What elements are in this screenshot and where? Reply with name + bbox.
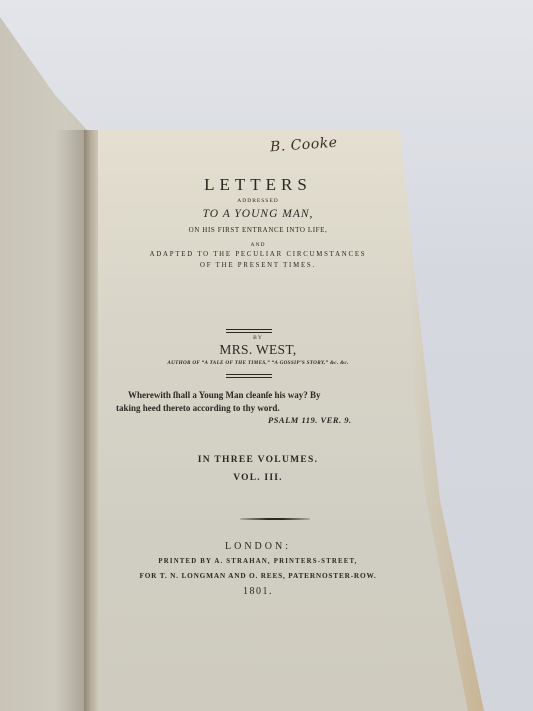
author-name: MRS. WEST, bbox=[88, 342, 428, 358]
subtitle-entrance: ON HIS FIRST ENTRANCE INTO LIFE, bbox=[88, 226, 428, 234]
ornamental-rule bbox=[240, 518, 310, 520]
imprint-printer: PRINTED BY A. STRAHAN, PRINTERS-STREET, bbox=[88, 558, 428, 565]
subtitle-adapted-line1: ADAPTED TO THE PECULIAR CIRCUMSTANCES bbox=[88, 251, 428, 258]
by-text: BY bbox=[88, 335, 428, 341]
owner-signature: B. Cooke bbox=[270, 135, 338, 156]
epigraph-citation: PSALM 119. VER. 9. bbox=[268, 415, 352, 425]
title-page: B. Cooke LETTERS ADDRESSED TO A YOUNG MA… bbox=[88, 130, 428, 711]
addressed-text: ADDRESSED bbox=[88, 198, 428, 204]
book-title: LETTERS bbox=[88, 175, 428, 195]
imprint-year: 1801. bbox=[88, 586, 428, 597]
recipient-line: TO A YOUNG MAN, bbox=[88, 208, 428, 220]
imprint-publisher: FOR T. N. LONGMAN AND O. REES, PATERNOST… bbox=[88, 571, 428, 580]
and-text: AND bbox=[88, 242, 428, 248]
double-rule-divider bbox=[226, 374, 272, 378]
epigraph-line2: taking heed thereto according to thy wor… bbox=[116, 403, 416, 413]
author-other-works: AUTHOR OF “A TALE OF THE TIMES,” “A GOSS… bbox=[88, 360, 428, 366]
volume-number: VOL. III. bbox=[88, 473, 428, 483]
imprint-place: LONDON: bbox=[88, 541, 428, 552]
epigraph-line1: Wherewith ſhall a Young Man cleanſe his … bbox=[128, 390, 428, 400]
subtitle-adapted-line2: OF THE PRESENT TIMES. bbox=[88, 262, 428, 269]
volume-count: IN THREE VOLUMES. bbox=[88, 455, 428, 465]
double-rule-divider bbox=[226, 329, 272, 333]
